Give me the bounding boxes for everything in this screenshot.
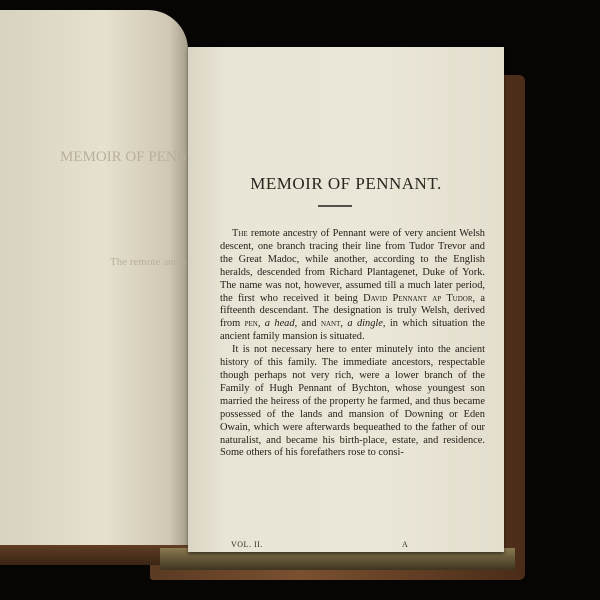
signature-mark: A (402, 540, 408, 549)
page-body: The remote ancestry of Pennant were of v… (220, 228, 485, 460)
left-page: MEMOIR OF PENNANT. The remote ancestry o… (0, 10, 188, 545)
left-page-show-through-text: The remote ancestry of (110, 255, 188, 269)
left-page-show-through-title: MEMOIR OF PENNANT. (60, 150, 188, 164)
right-page: MEMOIR OF PENNANT. The remote ancestry o… (188, 47, 504, 552)
photo-scene: MEMOIR OF PENNANT. The remote ancestry o… (0, 0, 600, 600)
title-rule (318, 205, 352, 207)
volume-label: VOL. II. (231, 540, 263, 549)
paragraph-2: It is not necessary here to enter minute… (220, 344, 485, 460)
paragraph-1: The remote ancestry of Pennant were of v… (220, 228, 485, 344)
page-title: MEMOIR OF PENNANT. (188, 174, 504, 194)
